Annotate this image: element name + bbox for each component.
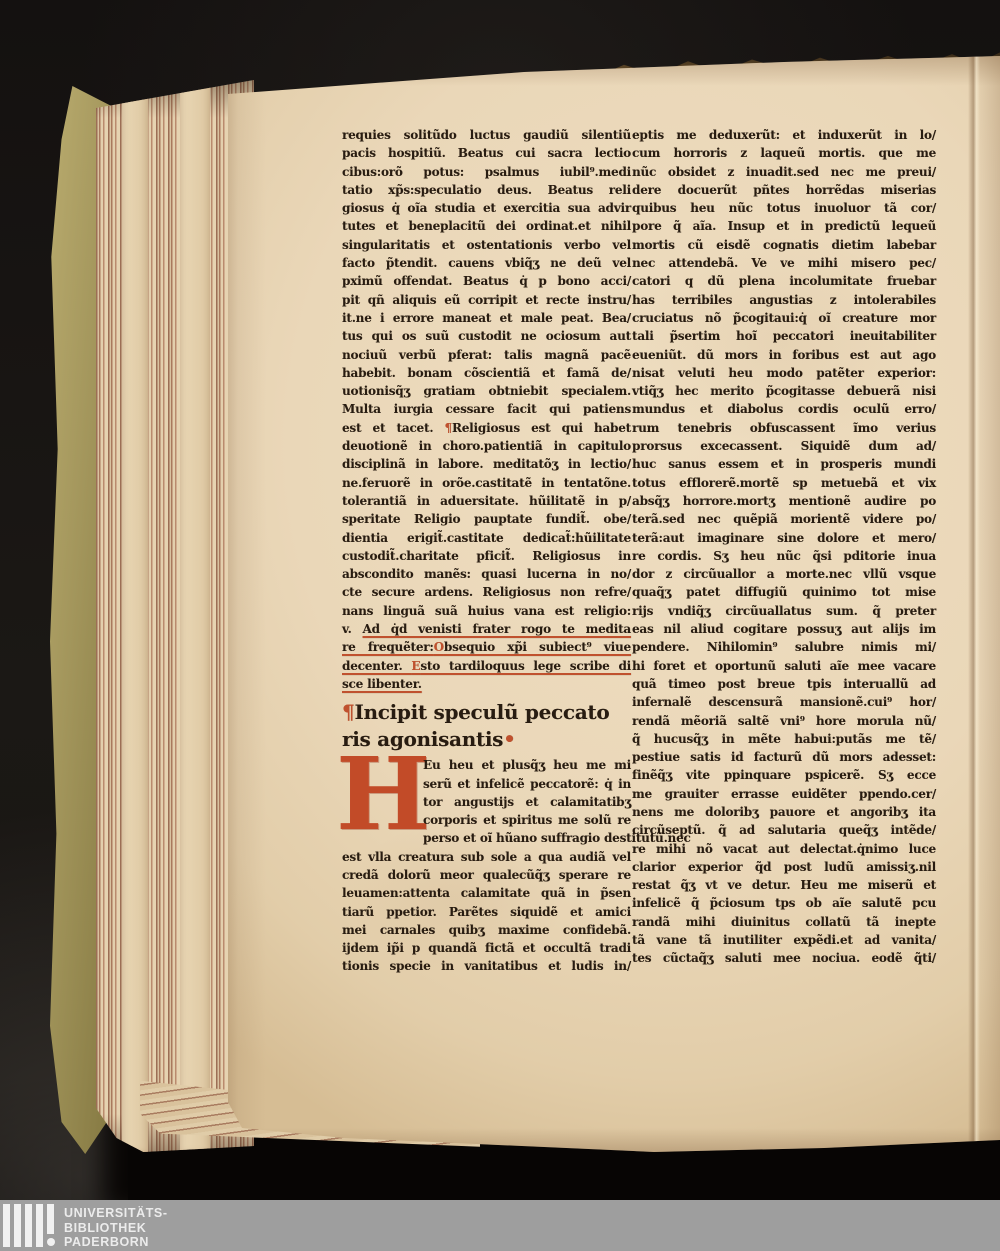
text-line: infernalẽ descensurã mansionẽ.cui⁹ hor/ (632, 693, 936, 711)
left-column: requies solitũdo luctus gaudiũ silentiũp… (342, 126, 631, 976)
text-line: cibus:orõ potus: psalmus iubil⁹.medi (342, 163, 631, 181)
text-line: quã timeo post breue tpis interuallũ ad (632, 675, 936, 693)
text-line: finẽq̃ʒ vite ppinquare pspicerẽ. Sʒ ecce (632, 766, 936, 784)
text-line: mei carnales quibʒ maxime confidebã. (342, 921, 631, 939)
right-column: eptis me deduxerũt: et induxerũt in lo/c… (632, 126, 936, 968)
text-line: absq̃ʒ horrore.mortʒ mentionẽ audire po (632, 492, 936, 510)
page-crease (968, 56, 980, 1162)
text-line: pit qñ aliquis eũ corripit et recte inst… (342, 291, 631, 309)
text-line: prorsus excecassent. Siquidẽ dum ad/ (632, 437, 936, 455)
leaf-band (122, 72, 148, 1154)
text-line: catori q dũ plena incolumitate fruebar (632, 272, 936, 290)
text-line: nociuũ verbũ pferat: talis magnã pacẽ (342, 346, 631, 364)
library-name-line: UNIVERSITÄTS- (64, 1206, 168, 1221)
text-line: pendere. Nihilomin⁹ salubre nimis mi/ (632, 638, 936, 656)
text-line: cte secure ardens. Religiosus non refre/ (342, 583, 631, 601)
text-line: terã:aut imaginare sine dolore et mero/ (632, 529, 936, 547)
chapter-heading: ¶Incipit speculũ peccatoris agonisantis• (342, 699, 631, 753)
text-line: credã dolorũ meor qualecũq̃ʒ sperare re (342, 866, 631, 884)
text-line: re frequẽter:Obsequio xp̃i subiect⁹ viue (342, 638, 631, 656)
text-line: custodit̃.charitate pficit̃. Religiosus … (342, 547, 631, 565)
text-line: ne.feruorẽ in orõe.castitatẽ in tentatõn… (342, 474, 631, 492)
text-line: it.ne i errore maneat et male peat. Bea/ (342, 309, 631, 327)
text-line: nens me doloribʒ pauore et angoribʒ ita (632, 803, 936, 821)
text-line: uotionisq̃ʒ gratiam obtniebit specialem. (342, 382, 631, 400)
logo-bar (25, 1204, 32, 1247)
library-name: UNIVERSITÄTS- BIBLIOTHEK PADERBORN (64, 1206, 168, 1250)
text-line: est et tacet. ¶Religiosus est qui habet (342, 419, 631, 437)
text-line: pximũ offendat. Beatus q̇ p bono acci/ (342, 272, 631, 290)
text-line: pestiue satis id facturũ dũ mors adesset… (632, 748, 936, 766)
text-line: me grauiter errasse euidẽter ppendo.cer/ (632, 785, 936, 803)
text-line: huc sanus essem et in prosperis mundi (632, 455, 936, 473)
text-line: restat q̃ʒ vt ve detur. Heu me miserũ et (632, 876, 936, 894)
text-line: eueniũt. dũ mors in foribus est aut ago (632, 346, 936, 364)
text-line: eas nil aliud cogitare possuʒ aut alijs … (632, 620, 936, 638)
text-line: facto p̃tendit. cauens vbiq̃ʒ ne deũ vel (342, 254, 631, 272)
text-line: nisat veluti heu modo patẽter experior: (632, 364, 936, 382)
drop-cap-initial: H (336, 758, 418, 832)
text-line: dientia erigit̃.castitate dedicat̃:hũili… (342, 529, 631, 547)
text-line: dere docuerũt pñtes horrẽdas miserias (632, 181, 936, 199)
text-line: leuamen:attenta calamitate quã in p̃sen (342, 884, 631, 902)
text-line: ¶Incipit speculũ peccato (342, 699, 631, 726)
text-line: eptis me deduxerũt: et induxerũt in lo/ (632, 126, 936, 144)
text-line: rijs vndiq̃ʒ circũuallatus sum. q̃ prete… (632, 602, 936, 620)
text-line: tutes et beneplacitũ dei ordinat.et nihi… (342, 217, 631, 235)
text-line: singularitatis et ostentationis verbo ve… (342, 236, 631, 254)
text-line: randã mihi diuinitus collatũ tã inepte (632, 913, 936, 931)
text-line: hi foret et oportunũ saluti aĩe mee vaca… (632, 657, 936, 675)
text-line: pore q̃ aĩa. Insup et in predictũ lequeũ (632, 217, 936, 235)
left-column-section2: H Eu heu et plusq̃ʒ heu me miserũ et inf… (342, 756, 631, 976)
text-line: tolerantiã in aduersitate. hũilitatẽ in … (342, 492, 631, 510)
library-name-line: PADERBORN (64, 1235, 168, 1250)
text-line: re mihi nõ vacat aut delectat.q̇nimo luc… (632, 840, 936, 858)
text-line: decenter. Esto tardiloquus lege scribe d… (342, 657, 631, 675)
text-line: pacis hospitiũ. Beatus cui sacra lectio (342, 144, 631, 162)
text-line: tus qui os suũ custodit ne ociosum aut (342, 327, 631, 345)
text-line: totus efflorerẽ.mortẽ sp metuebã et vix (632, 474, 936, 492)
logo-bar (14, 1204, 21, 1247)
text-line: has terribiles angustias z intolerabiles (632, 291, 936, 309)
text-line: speritate Religio pauptate fundit̃. obe/ (342, 510, 631, 528)
text-line: rum tenebris obfuscassent ĩmo verius (632, 419, 936, 437)
text-line: tionis specie in vanitatibus et ludis in… (342, 957, 631, 975)
logo-dot (47, 1238, 55, 1246)
text-line: cum horroris z laqueũ mortis. que me (632, 144, 936, 162)
right-column-lines: eptis me deduxerũt: et induxerũt in lo/c… (632, 126, 936, 968)
book-page: requies solitũdo luctus gaudiũ silentiũp… (224, 56, 1000, 1162)
text-line: ijdem ip̃i p quandã fictã et occultã tra… (342, 939, 631, 957)
book-photo: requies solitũdo luctus gaudiũ silentiũp… (0, 0, 1000, 1251)
text-line: clarior experior q̃d post ludũ amissiʒ.n… (632, 858, 936, 876)
text-line: requies solitũdo luctus gaudiũ silentiũ (342, 126, 631, 144)
text-line: rendã mẽoriã saltẽ vni⁹ hore morula nũ/ (632, 712, 936, 730)
text-line: abscondito manẽs: quasi lucerna in no/ (342, 565, 631, 583)
text-line: sce libenter. (342, 675, 631, 693)
watermark-bar: UNIVERSITÄTS- BIBLIOTHEK PADERBORN (0, 1200, 1000, 1251)
logo-bar (47, 1204, 54, 1234)
text-line: giosus q̇ oĩa studia et exercitia sua ad… (342, 199, 631, 217)
text-line: Multa iurgia cessare facit qui patiens (342, 400, 631, 418)
text-line: deuotionẽ in choro.patientiã in capitulo (342, 437, 631, 455)
logo-bar (36, 1204, 43, 1247)
text-line: habebit. bonam cõscientiã et famã de/ (342, 364, 631, 382)
text-line: infelicẽ q̃ p̃ciosum tps ob aĩe salutẽ p… (632, 894, 936, 912)
text-line: nans linguã suã huius vana est religio: (342, 602, 631, 620)
left-column-section1: requies solitũdo luctus gaudiũ silentiũp… (342, 126, 631, 693)
text-line: disciplinã in labore. meditatõʒ in lecti… (342, 455, 631, 473)
text-line: cruciatus nõ p̃cogitaui:q̇ oĩ creature m… (632, 309, 936, 327)
text-line: quibus heu nũc totus inuoluor tã cor/ (632, 199, 936, 217)
text-line: circũseptũ. q̃ ad salutaria queq̃ʒ intẽd… (632, 821, 936, 839)
text-line: re cordis. Sʒ heu nũc q̃si pditorie inua (632, 547, 936, 565)
leaf-band (180, 72, 210, 1154)
text-line: nũc obsidet z inuadit.sed nec me preui/ (632, 163, 936, 181)
text-line: mundus et diabolus cordis oculũ erro/ (632, 400, 936, 418)
text-line: est vlla creatura sub sole a qua audiã v… (342, 848, 631, 866)
text-line: mortis cũ eisdẽ cognatis dietim labebar (632, 236, 936, 254)
text-line: v. Ad q̇d venisti frater rogo te medita (342, 620, 631, 638)
text-line: terã.sed nec quẽpiã morientẽ videre po/ (632, 510, 936, 528)
text-line: tatio xp̃s:speculatio deus. Beatus reli (342, 181, 631, 199)
logo-bar (3, 1204, 10, 1247)
text-line: quaq̃ʒ patet diffugiũ quinimo tot mise (632, 583, 936, 601)
text-line: tali p̃sertim hoĩ peccatori ineuitabilit… (632, 327, 936, 345)
text-line: vtiq̃ʒ hec merito p̃cogitasse debuerã ni… (632, 382, 936, 400)
library-name-line: BIBLIOTHEK (64, 1221, 168, 1236)
text-line: q̃ hucusq̃ʒ in mẽte habui:putãs me tẽ/ (632, 730, 936, 748)
text-line: nec attendebã. Ve ve mihi misero pec/ (632, 254, 936, 272)
text-line: ris agonisantis• (342, 726, 631, 753)
text-line: tã vane tã inutiliter expẽdi.et ad vanit… (632, 931, 936, 949)
text-line: tes cũctaq̃ʒ saluti mee nociua. eodẽ q̃t… (632, 949, 936, 967)
text-line: tiarũ ppetior. Parẽtes siquidẽ et amici (342, 903, 631, 921)
text-line: dor z circũuallor a morte.nec vllũ vsque (632, 565, 936, 583)
